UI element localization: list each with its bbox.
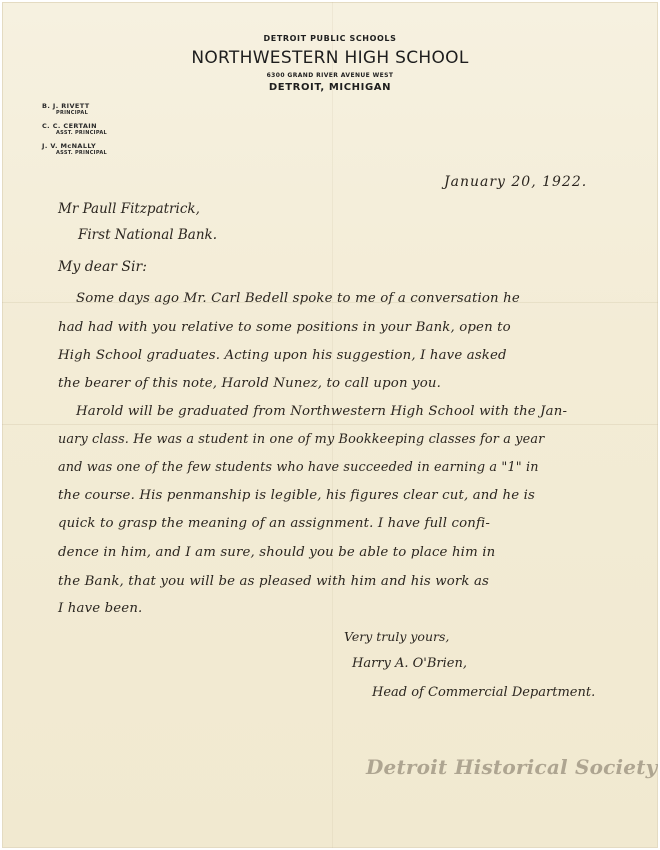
staff-entry: C. C. CERTAIN ASST. PRINCIPAL bbox=[42, 122, 107, 136]
letterhead-district: DETROIT PUBLIC SCHOOLS bbox=[2, 34, 658, 43]
staff-title: PRINCIPAL bbox=[56, 110, 107, 116]
staff-title: ASST. PRINCIPAL bbox=[56, 150, 107, 156]
staff-name: C. C. CERTAIN bbox=[42, 122, 107, 130]
body-line: dence in him, and I am sure, should you … bbox=[58, 545, 495, 560]
letter-page: DETROIT PUBLIC SCHOOLS NORTHWESTERN HIGH… bbox=[2, 2, 658, 848]
letter-date: January 20, 1922. bbox=[444, 174, 587, 190]
body-line: the course. His penmanship is legible, h… bbox=[58, 488, 535, 503]
staff-name: B. J. RIVETT bbox=[42, 102, 107, 110]
body-line: Harold will be graduated from Northweste… bbox=[76, 404, 567, 419]
staff-entry: B. J. RIVETT PRINCIPAL bbox=[42, 102, 107, 116]
staff-name: J. V. McNALLY bbox=[42, 142, 107, 150]
letterhead-school-name: NORTHWESTERN HIGH SCHOOL bbox=[2, 48, 658, 68]
closing: Very truly yours, bbox=[344, 629, 449, 644]
body-line: Some days ago Mr. Carl Bedell spoke to m… bbox=[76, 291, 520, 306]
body-line: had had with you relative to some positi… bbox=[58, 320, 511, 335]
letterhead-city: DETROIT, MICHIGAN bbox=[2, 82, 658, 93]
staff-list: B. J. RIVETT PRINCIPAL C. C. CERTAIN ASS… bbox=[42, 102, 107, 162]
fold-line bbox=[2, 424, 658, 425]
watermark: Detroit Historical Society bbox=[366, 755, 658, 779]
body-line: I have been. bbox=[58, 601, 142, 616]
body-line: High School graduates. Acting upon his s… bbox=[58, 348, 507, 363]
body-line: the bearer of this note, Harold Nunez, t… bbox=[58, 376, 441, 391]
staff-entry: J. V. McNALLY ASST. PRINCIPAL bbox=[42, 142, 107, 156]
signer-title: Head of Commercial Department. bbox=[372, 685, 595, 700]
letterhead-address: 6300 GRAND RIVER AVENUE WEST bbox=[2, 72, 658, 79]
addressee-organization: First National Bank. bbox=[78, 227, 217, 243]
body-line: uary class. He was a student in one of m… bbox=[58, 432, 544, 447]
body-line: quick to grasp the meaning of an assignm… bbox=[58, 516, 490, 531]
addressee: Mr Paull Fitzpatrick, bbox=[58, 201, 200, 217]
staff-title: ASST. PRINCIPAL bbox=[56, 130, 107, 136]
salutation: My dear Sir: bbox=[58, 259, 147, 275]
body-line: the Bank, that you will be as pleased wi… bbox=[58, 574, 489, 589]
fold-line bbox=[332, 2, 333, 848]
body-line: and was one of the few students who have… bbox=[58, 460, 539, 475]
signer-name: Harry A. O'Brien, bbox=[352, 656, 467, 671]
